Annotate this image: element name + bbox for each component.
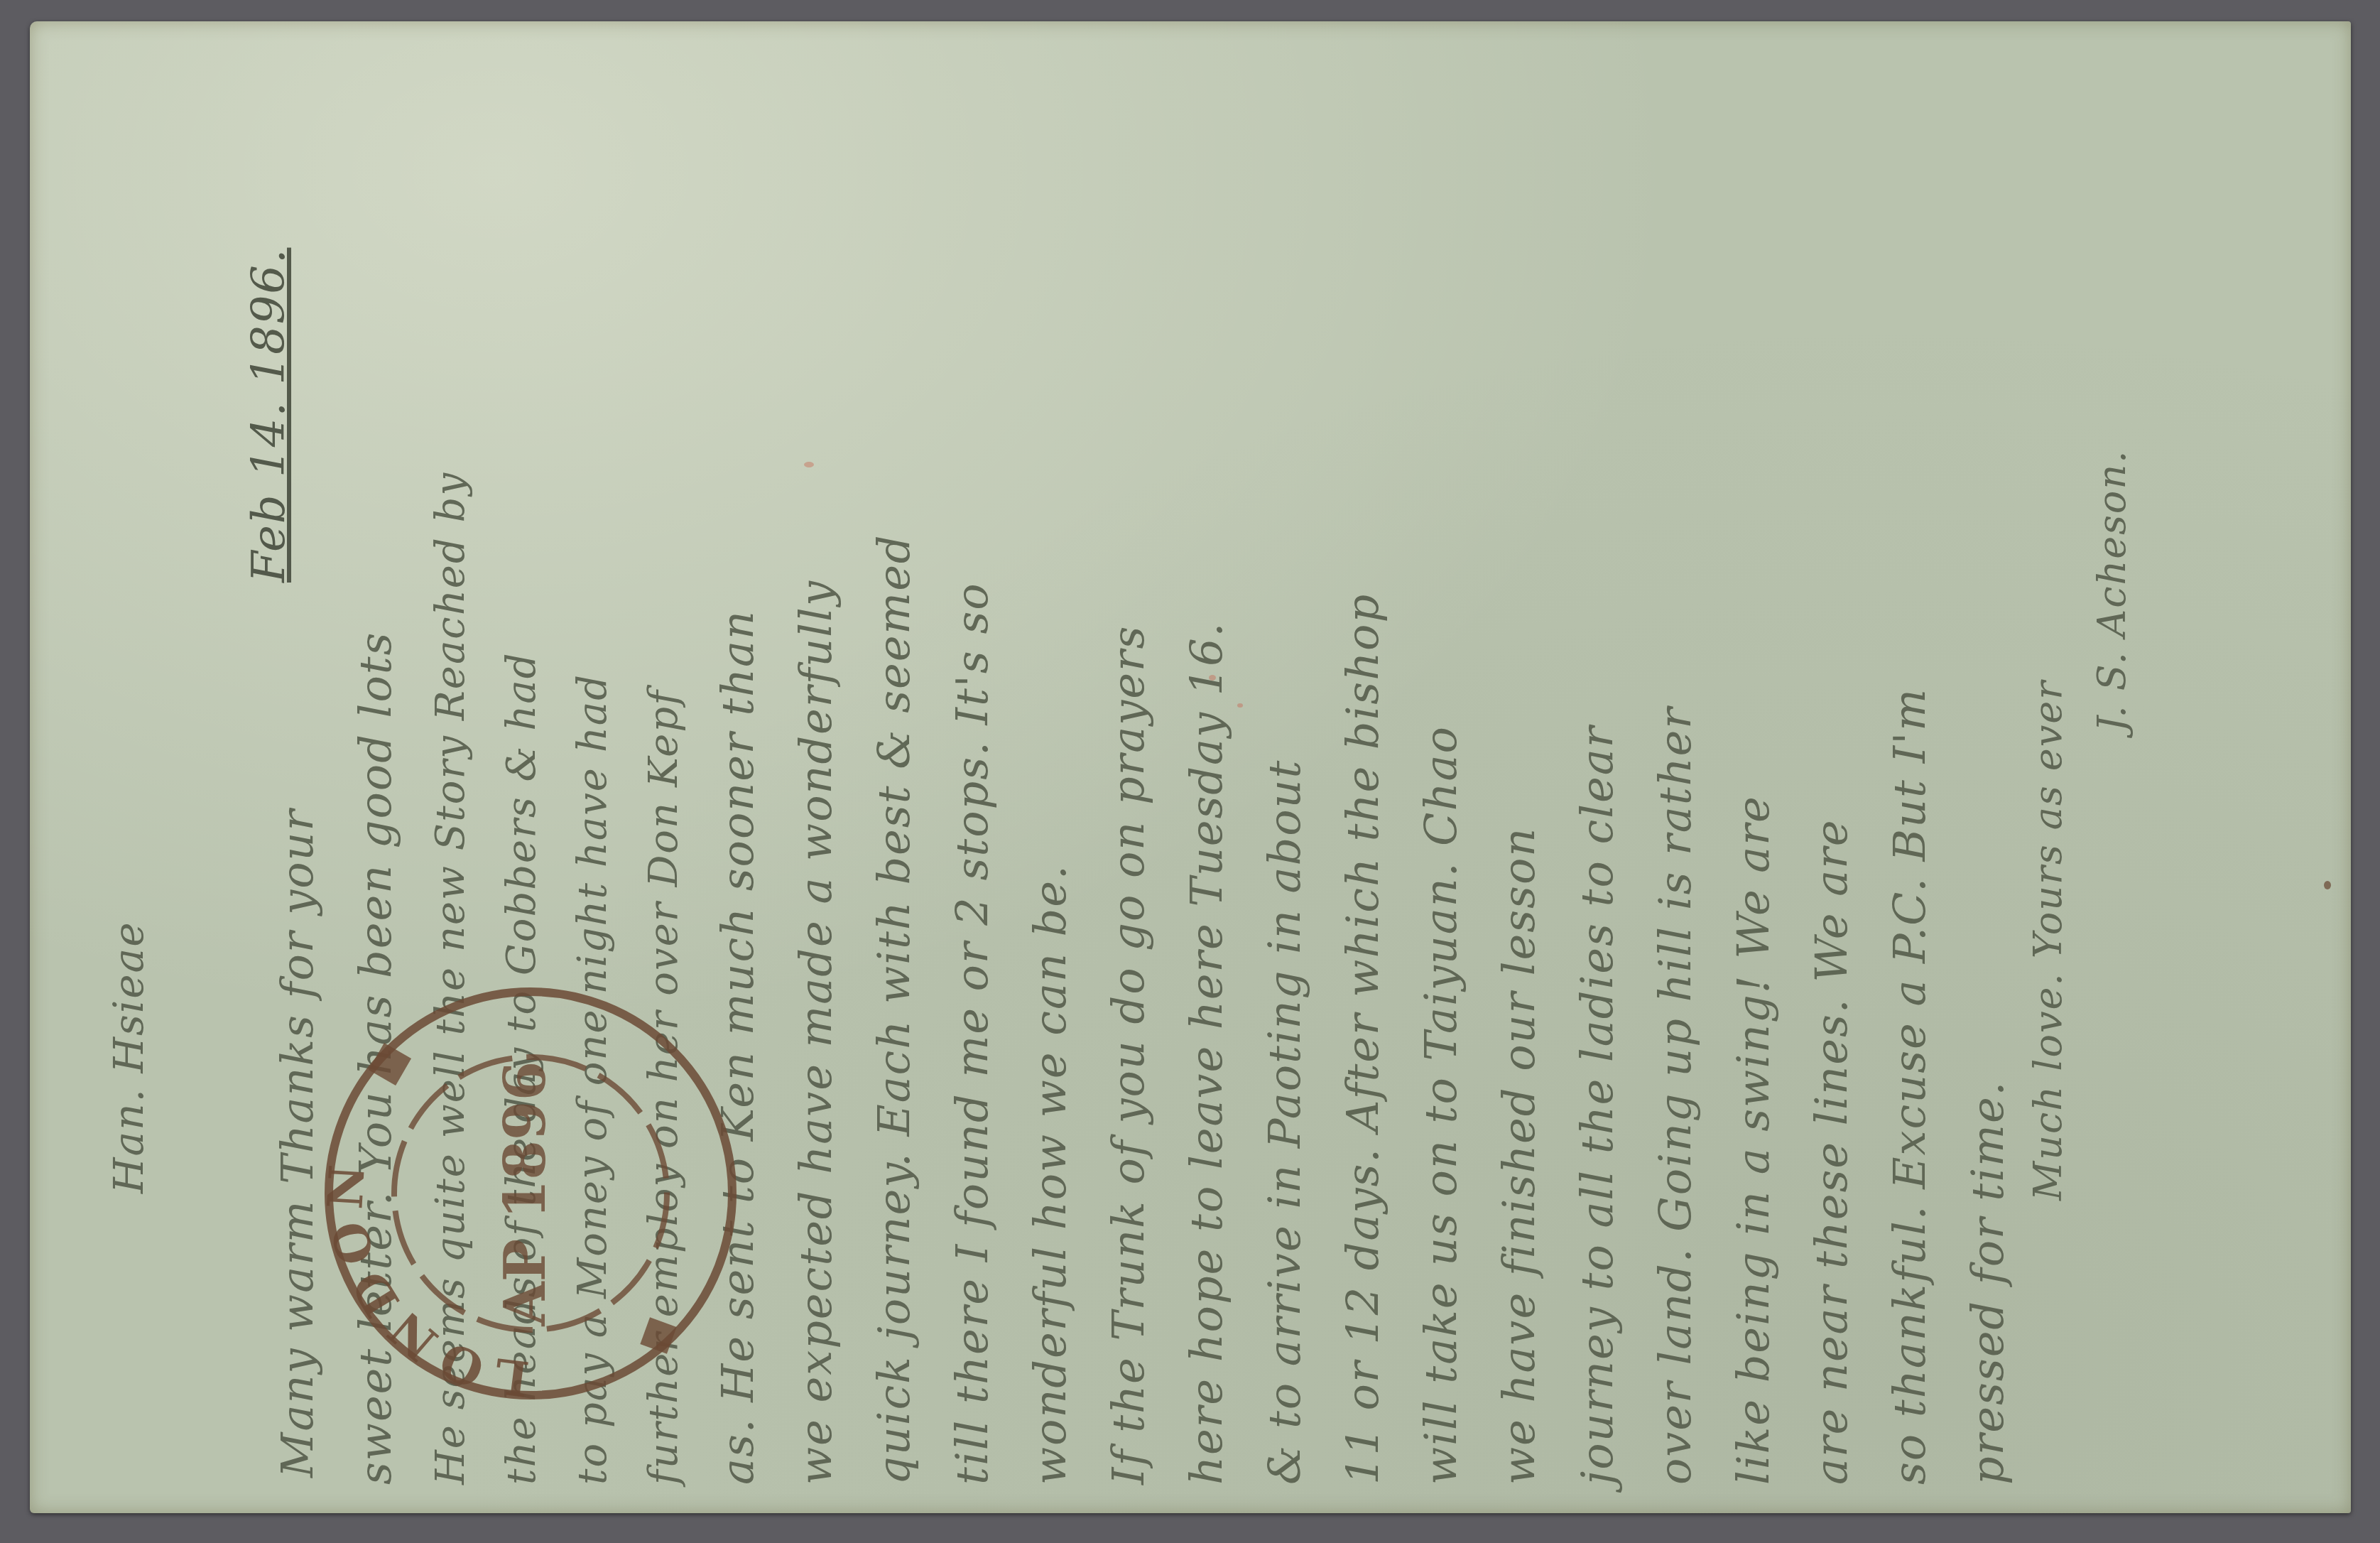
line-16: will take us on to Taiyuan. Chao [1415, 725, 1467, 1485]
signature: J. S. Acheson. [2090, 450, 2134, 732]
line-9: quick journey. Each with best & seemed [868, 534, 920, 1485]
line-13: here hope to leave here Tuesday 16. [1180, 622, 1232, 1485]
postmark: LONDON AP 1896 [317, 980, 744, 1407]
postcard: Han. Hsieae Feb 14. 1896. Many warm Than… [30, 21, 2351, 1513]
ink-spot [1237, 703, 1243, 708]
postmark-icon: LONDON AP 1896 [317, 980, 744, 1407]
line-15: 11 or 12 days. After which the bishop [1337, 593, 1389, 1485]
line-19: over land. Going up hill is rather [1649, 706, 1701, 1485]
line-11: wonderful how we can be. [1024, 864, 1076, 1485]
line-17: we have finished our lesson [1493, 827, 1545, 1485]
line-22: so thankful. Excuse a P.C. But I'm [1884, 688, 1935, 1485]
line-8: we expected have made a wonderfully [790, 580, 842, 1485]
line-20: like being in a swing! We are [1727, 795, 1779, 1485]
line-21: are near these lines. We are [1805, 818, 1857, 1485]
line-23: pressed for time. [1962, 1081, 2014, 1485]
line-14: & to arrive in Paoting in about [1259, 759, 1310, 1485]
header-place: Han. Hsieae [104, 921, 153, 1193]
line-18: journey to all the ladies to clear [1571, 725, 1623, 1485]
ink-spot [804, 462, 814, 467]
ink-spot [1209, 675, 1216, 681]
line-12: If the Trunk of you do go on prayers [1102, 625, 1154, 1485]
line-1: Many warm Thanks for your [271, 808, 323, 1478]
ink-spot [2324, 881, 2331, 889]
header-date: Feb 14. 1896. [243, 248, 295, 583]
postmark-inner-text: AP 1896 [491, 1061, 558, 1327]
line-10: till there I found me or 2 stops. It's s… [946, 582, 998, 1485]
line-24: Much love. Yours as ever [2026, 680, 2070, 1201]
